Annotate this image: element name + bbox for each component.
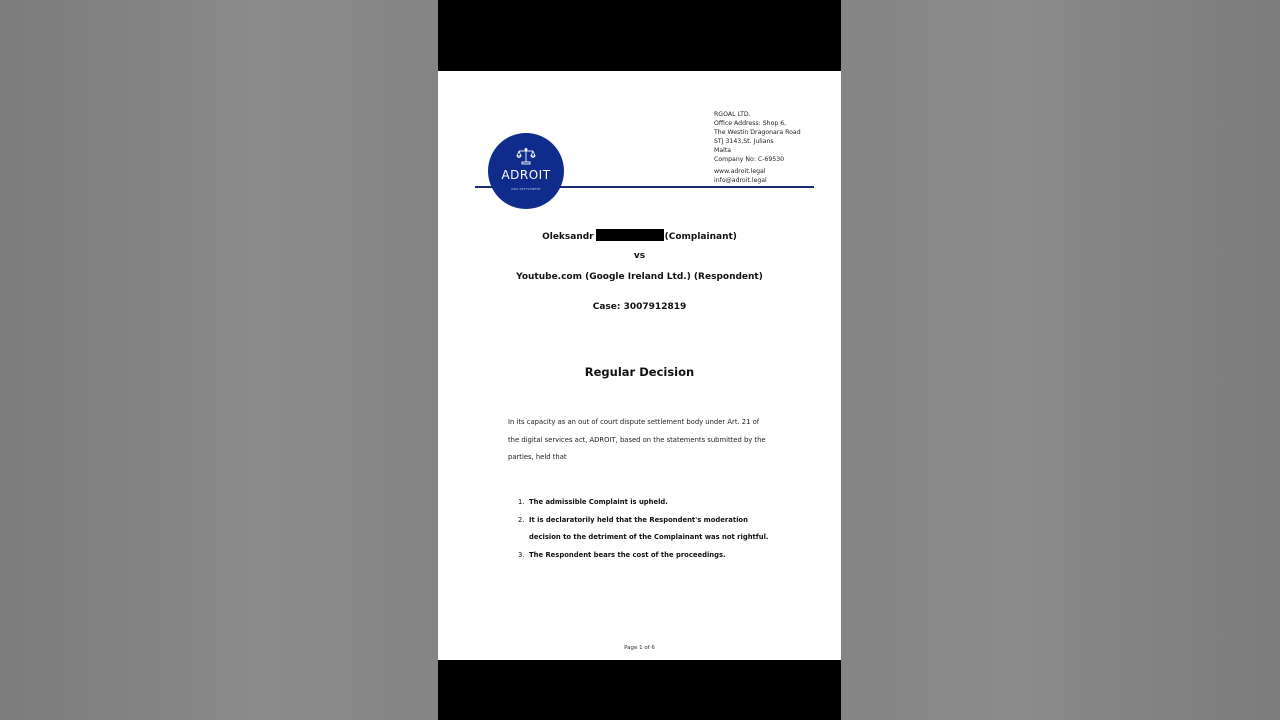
- blurred-background-right: [841, 0, 1280, 720]
- intro-paragraph: In its capacity as an out of court dispu…: [508, 414, 788, 467]
- logo-subtitle: ODS SETTLEMENT: [488, 187, 564, 191]
- email-link[interactable]: info@adroit.legal: [714, 176, 801, 185]
- order-number: 2.: [518, 512, 529, 547]
- versus-label: vs: [438, 251, 841, 261]
- order-number: 3.: [518, 547, 529, 565]
- decision-orders-list: 1. The admissible Complaint is upheld. 2…: [518, 494, 798, 564]
- logo-brand-text: ADROIT: [488, 168, 564, 182]
- respondent-line: Youtube.com (Google Ireland Ltd.) (Respo…: [438, 272, 841, 282]
- document-page: ADROIT ODS SETTLEMENT RGOAL LTD. Office …: [438, 71, 841, 660]
- order-item: 1. The admissible Complaint is upheld.: [518, 494, 798, 512]
- order-line: It is declaratorily held that the Respon…: [529, 512, 798, 530]
- address-line: Malta: [714, 146, 801, 155]
- order-text: The admissible Complaint is upheld.: [529, 494, 798, 512]
- decision-heading: Regular Decision: [438, 365, 841, 379]
- scales-of-justice-icon: [516, 147, 536, 165]
- intro-line: the digital services act, ADROIT, based …: [508, 432, 788, 450]
- order-text: The Respondent bears the cost of the pro…: [529, 547, 798, 565]
- complainant-role: (Complainant): [665, 232, 737, 242]
- complainant-line: Oleksandr(Complainant): [438, 229, 841, 242]
- address-line: STJ 3143,St. Julians: [714, 137, 801, 146]
- redaction-bar: [596, 229, 664, 241]
- website-link[interactable]: www.adroit.legal: [714, 167, 801, 176]
- company-number: Company No: C-69530: [714, 155, 801, 164]
- address-line: RGOAL LTD.: [714, 110, 801, 119]
- order-item: 3. The Respondent bears the cost of the …: [518, 547, 798, 565]
- complainant-name: Oleksandr: [542, 232, 594, 242]
- address-line: Office Address: Shop 6,: [714, 119, 801, 128]
- intro-line: In its capacity as an out of court dispu…: [508, 414, 788, 432]
- company-address: RGOAL LTD. Office Address: Shop 6, The W…: [714, 110, 801, 185]
- order-item: 2. It is declaratorily held that the Res…: [518, 512, 798, 547]
- order-line: decision to the detriment of the Complai…: [529, 529, 798, 547]
- address-line: The Westin Dragonara Road: [714, 128, 801, 137]
- page-number: Page 1 of 6: [438, 645, 841, 651]
- order-line: The admissible Complaint is upheld.: [529, 494, 798, 512]
- intro-line: parties, held that: [508, 449, 788, 467]
- order-number: 1.: [518, 494, 529, 512]
- order-line: The Respondent bears the cost of the pro…: [529, 547, 798, 565]
- adroit-logo: ADROIT ODS SETTLEMENT: [488, 133, 564, 209]
- order-text: It is declaratorily held that the Respon…: [529, 512, 798, 547]
- blurred-background-left: [0, 0, 438, 720]
- case-number: Case: 3007912819: [438, 302, 841, 312]
